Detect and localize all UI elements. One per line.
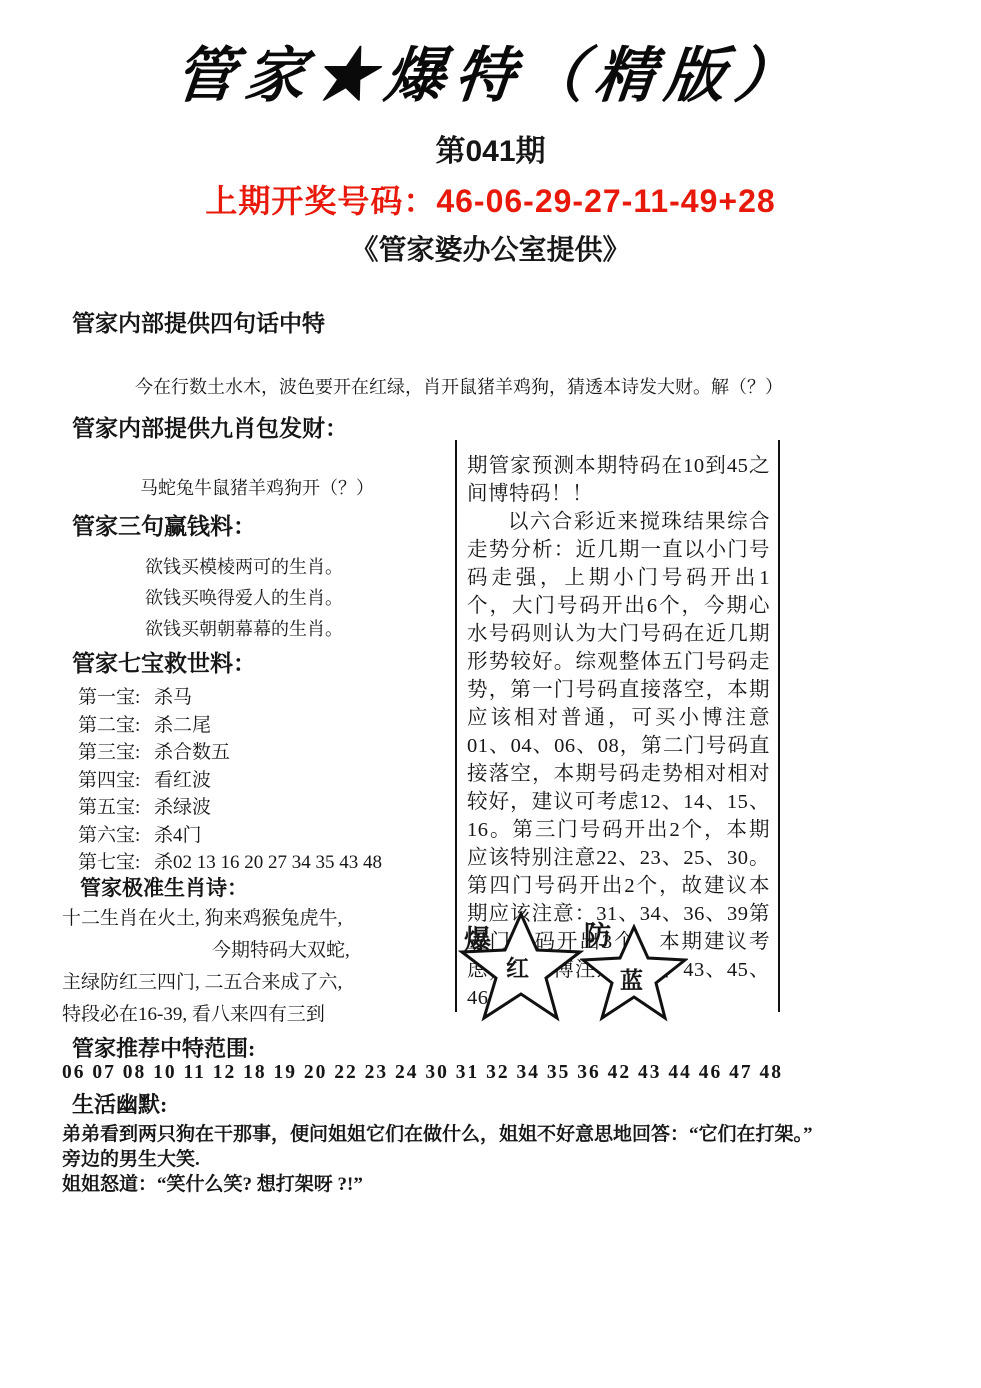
- four-sentences-poem: 今在行数土水木，波色要开在红绿，肖开鼠猪羊鸡狗，猜透本诗发大财。解（？）: [135, 373, 783, 399]
- treasure-label: 第三宝:: [78, 739, 154, 767]
- heading-three-sentences: 管家三句赢钱料：: [72, 508, 256, 541]
- heading-four-sentences: 管家内部提供四句话中特: [72, 305, 325, 338]
- page-title: 管家★爆特（精版）: [0, 28, 981, 114]
- provider-line: 《管家婆办公室提供》: [0, 228, 981, 268]
- heading-seven-treasures: 管家七宝救世料：: [72, 645, 256, 678]
- humor-line: 弟弟看到两只狗在干那事，便问姐姐它们在做什么，姐姐不好意思地回答：“它们在打架。…: [62, 1122, 813, 1147]
- treasure-row: 第一宝:杀马: [78, 684, 382, 712]
- humor-line: 姐姐怒道：“笑什么笑? 想打架呀 ?!”: [62, 1172, 813, 1197]
- treasure-label: 第六宝:: [78, 822, 154, 850]
- treasure-value: 看红波: [154, 770, 211, 791]
- heading-nine-zodiac: 管家内部提供九肖包发财：: [72, 410, 348, 443]
- treasure-label: 第二宝:: [78, 712, 154, 740]
- treasure-label: 第四宝:: [78, 767, 154, 795]
- issue-number: 第041期: [0, 126, 981, 170]
- zodiac-poem-line: 今期特码大双蛇,: [212, 935, 350, 962]
- three-sentences-line: 欲钱买朝朝幕幕的生肖。: [145, 614, 343, 645]
- tip-sheet-page: 管家★爆特（精版） 第041期 上期开奖号码：46-06-29-27-11-49…: [0, 0, 981, 1388]
- three-sentences-line: 欲钱买模棱两可的生肖。: [145, 552, 343, 583]
- treasure-value: 杀绿波: [154, 797, 211, 818]
- treasure-row: 第二宝:杀二尾: [78, 712, 382, 740]
- nine-zodiac-line: 马蛇兔牛鼠猪羊鸡狗开（？）: [140, 474, 374, 500]
- red-star-text: 红: [506, 950, 529, 983]
- treasure-value: 杀二尾: [154, 715, 211, 736]
- zodiac-poem-line: 主绿防红三四门, 二五合来成了六,: [62, 967, 342, 994]
- analysis-paragraph-1: 期管家预测本期特码在10到45之间博特码！！: [467, 452, 770, 508]
- last-draw-numbers: 上期开奖号码：46-06-29-27-11-49+28: [0, 176, 981, 222]
- three-sentences-list: 欲钱买模棱两可的生肖。 欲钱买唤得爱人的生肖。 欲钱买朝朝幕幕的生肖。: [145, 552, 343, 645]
- treasure-row: 第三宝:杀合数五: [78, 739, 382, 767]
- heading-humor: 生活幽默:: [72, 1088, 167, 1119]
- treasure-row: 第四宝:看红波: [78, 767, 382, 795]
- heading-zodiac-poem: 管家极准生肖诗：: [80, 872, 248, 902]
- blue-star-text: 蓝: [620, 962, 643, 995]
- treasure-row: 第五宝:杀绿波: [78, 794, 382, 822]
- treasure-value: 杀合数五: [154, 742, 230, 763]
- three-sentences-line: 欲钱买唤得爱人的生肖。: [145, 583, 343, 614]
- range-numbers: 06 07 08 10 11 12 18 19 20 22 23 24 30 3…: [62, 1062, 783, 1084]
- zodiac-poem-line: 十二生肖在火土, 狗来鸡猴兔虎牛,: [62, 903, 342, 930]
- treasure-label: 第一宝:: [78, 684, 154, 712]
- humor-line: 旁边的男生大笑.: [62, 1147, 813, 1172]
- treasure-value: 杀4门: [154, 825, 202, 846]
- heading-range: 管家推荐中特范围:: [72, 1032, 255, 1063]
- seven-treasures-list: 第一宝:杀马 第二宝:杀二尾 第三宝:杀合数五 第四宝:看红波 第五宝:杀绿波 …: [78, 684, 382, 877]
- treasure-row: 第六宝:杀4门: [78, 822, 382, 850]
- treasure-value: 杀马: [154, 687, 192, 708]
- treasure-label: 第五宝:: [78, 794, 154, 822]
- humor-text: 弟弟看到两只狗在干那事，便问姐姐它们在做什么，姐姐不好意思地回答：“它们在打架。…: [62, 1122, 813, 1197]
- treasure-value: 杀02 13 16 20 27 34 35 43 48: [154, 852, 382, 873]
- zodiac-poem-line: 特段必在16-39, 看八来四有三到: [62, 999, 325, 1026]
